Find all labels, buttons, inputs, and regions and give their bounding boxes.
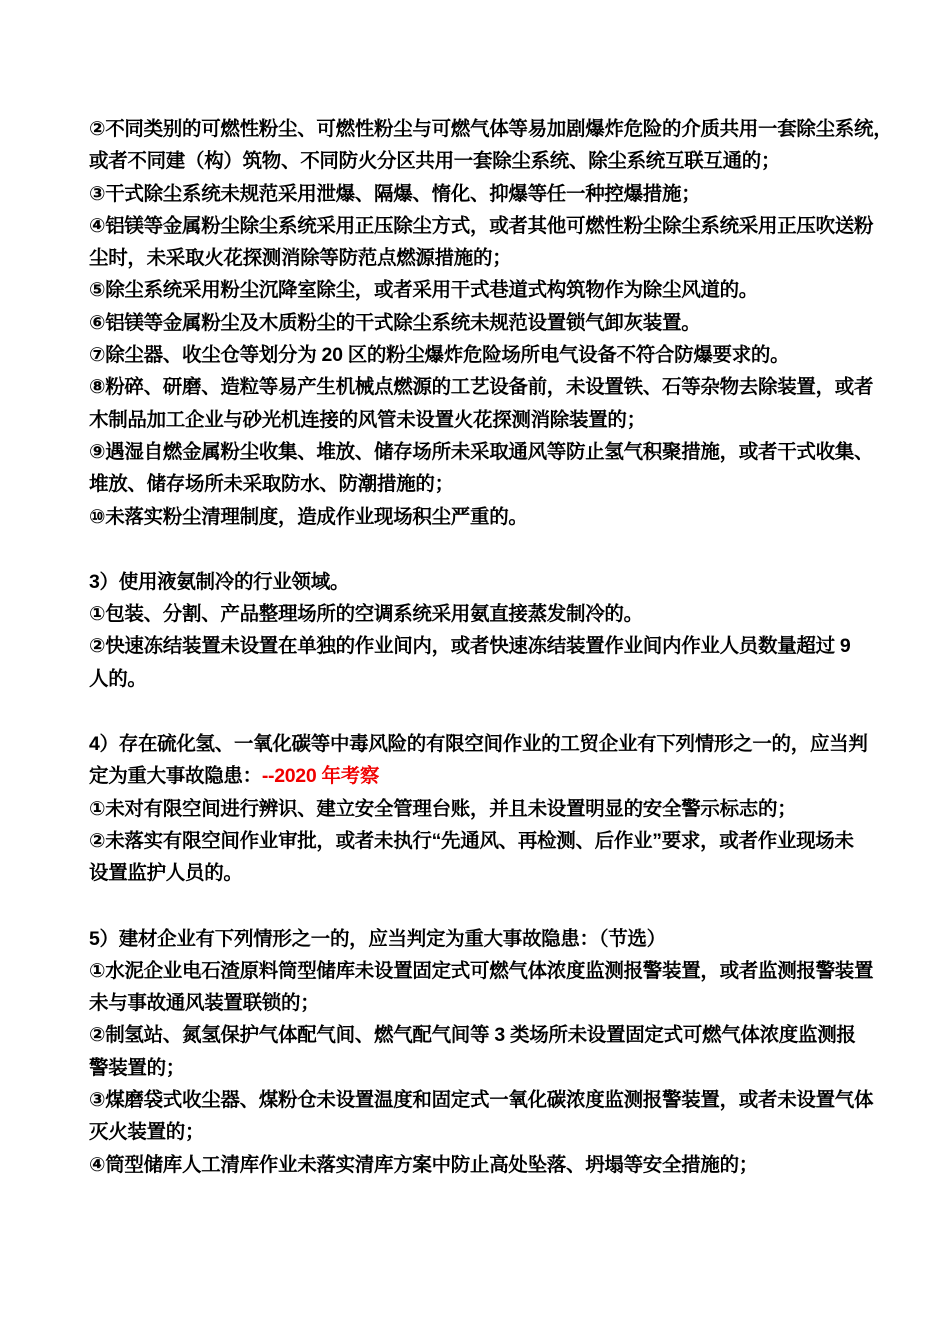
text-line: ③干式除尘系统未规范采用泄爆、隔爆、惰化、抑爆等任一种控爆措施； [89, 178, 879, 210]
text-line: ⑤除尘系统采用粉尘沉降室除尘，或者采用干式巷道式构筑物作为除尘风道的。 [89, 274, 879, 306]
text-line: 警装置的； [89, 1052, 879, 1084]
text-line: ②不同类别的可燃性粉尘、可燃性粉尘与可燃气体等易加剧爆炸危险的介质共用一套除尘系… [89, 113, 879, 145]
text-line: 人的。 [89, 663, 879, 695]
text-line: ⑨遇湿自燃金属粉尘收集、堆放、储存场所未采取通风等防止氢气积聚措施，或者干式收集… [89, 436, 879, 468]
document-page: ②不同类别的可燃性粉尘、可燃性粉尘与可燃气体等易加剧爆炸危险的介质共用一套除尘系… [89, 113, 879, 1181]
text-line: ⑩未落实粉尘清理制度，造成作业现场积尘严重的。 [89, 501, 879, 533]
exam-year-note: --2020 年考察 [262, 765, 379, 787]
text-black-part: 定为重大事故隐患： [89, 765, 262, 787]
text-line: ④铝镁等金属粉尘除尘系统采用正压除尘方式，或者其他可燃性粉尘除尘系统采用正压吹送… [89, 210, 879, 242]
text-line: ②制氢站、氮氢保护气体配气间、燃气配气间等 3 类场所未设置固定式可燃气体浓度监… [89, 1019, 879, 1051]
text-line: 灭火装置的； [89, 1116, 879, 1148]
text-line: ⑦除尘器、收尘仓等划分为 20 区的粉尘爆炸危险场所电气设备不符合防爆要求的。 [89, 339, 879, 371]
text-line: 未与事故通风装置联锁的； [89, 987, 879, 1019]
section-dust-explosion-items: ②不同类别的可燃性粉尘、可燃性粉尘与可燃气体等易加剧爆炸危险的介质共用一套除尘系… [89, 113, 879, 533]
text-line: ③煤磨袋式收尘器、煤粉仓未设置温度和固定式一氧化碳浓度监测报警装置，或者未设置气… [89, 1084, 879, 1116]
text-line: 木制品加工企业与砂光机连接的风管未设置火花探测消除装置的； [89, 404, 879, 436]
section-confined-space: 4）存在硫化氢、一氧化碳等中毒风险的有限空间作业的工贸企业有下列情形之一的，应当… [89, 728, 879, 889]
section-heading: 3）使用液氨制冷的行业领域。 [89, 566, 879, 598]
section-heading: 4）存在硫化氢、一氧化碳等中毒风险的有限空间作业的工贸企业有下列情形之一的，应当… [89, 728, 879, 760]
text-line-with-highlight: 定为重大事故隐患：--2020 年考察 [89, 760, 879, 792]
text-line: ①未对有限空间进行辨识、建立安全管理台账，并且未设置明显的安全警示标志的； [89, 793, 879, 825]
text-line: 或者不同建（构）筑物、不同防火分区共用一套除尘系统、除尘系统互联互通的； [89, 145, 879, 177]
text-line: ②未落实有限空间作业审批，或者未执行“先通风、再检测、后作业”要求，或者作业现场… [89, 825, 879, 857]
text-line: ②快速冻结装置未设置在单独的作业间内，或者快速冻结装置作业间内作业人员数量超过 … [89, 630, 879, 662]
text-line: 堆放、储存场所未采取防水、防潮措施的； [89, 468, 879, 500]
text-line: 设置监护人员的。 [89, 857, 879, 889]
text-line: ⑧粉碎、研磨、造粒等易产生机械点燃源的工艺设备前，未设置铁、石等杂物去除装置，或… [89, 371, 879, 403]
text-line: ①水泥企业电石渣原料筒型储库未设置固定式可燃气体浓度监测报警装置，或者监测报警装… [89, 955, 879, 987]
text-line: ①包装、分割、产品整理场所的空调系统采用氨直接蒸发制冷的。 [89, 598, 879, 630]
text-line: 尘时，未采取火花探测消除等防范点燃源措施的； [89, 242, 879, 274]
text-line: ⑥铝镁等金属粉尘及木质粉尘的干式除尘系统未规范设置锁气卸灰装置。 [89, 307, 879, 339]
section-building-materials: 5）建材企业有下列情形之一的，应当判定为重大事故隐患：（节选） ①水泥企业电石渣… [89, 923, 879, 1181]
text-line: ④筒型储库人工清库作业未落实清库方案中防止高处坠落、坍塌等安全措施的； [89, 1149, 879, 1181]
section-heading: 5）建材企业有下列情形之一的，应当判定为重大事故隐患：（节选） [89, 923, 879, 955]
section-liquid-ammonia: 3）使用液氨制冷的行业领域。 ①包装、分割、产品整理场所的空调系统采用氨直接蒸发… [89, 566, 879, 695]
